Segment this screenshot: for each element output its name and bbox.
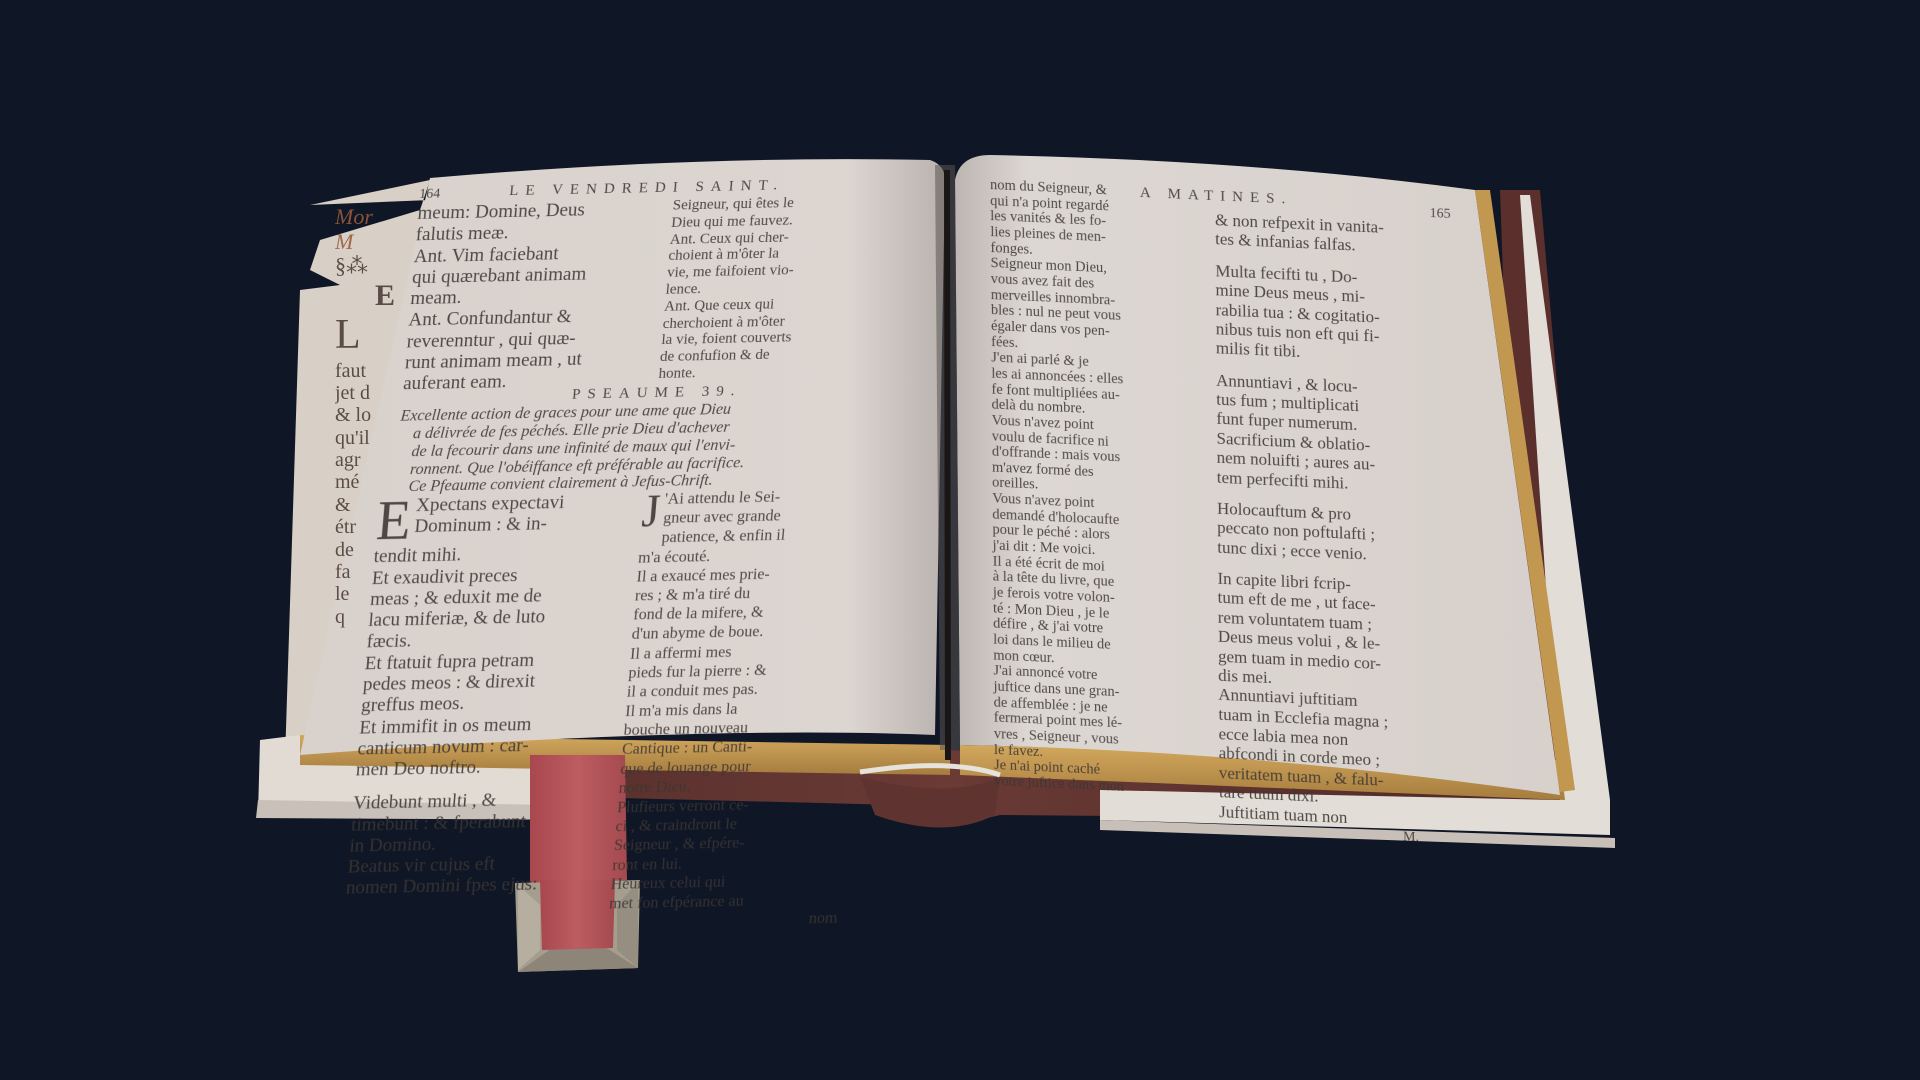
dropcap-e: E bbox=[375, 495, 413, 546]
back-page-subtitle: M bbox=[335, 230, 405, 255]
back-page-line: agr bbox=[335, 449, 405, 471]
ribbon-bookmark bbox=[515, 755, 640, 972]
back-page-heading-initial: E bbox=[335, 279, 405, 313]
text-line: Dominum : & in- bbox=[375, 512, 627, 539]
left-french-column-body: J 'Ai attendu le Sei- gneur avec grande … bbox=[607, 485, 894, 932]
back-page-line: jet d bbox=[335, 382, 405, 404]
right-french-column: nom du Seigneur, & qui n'a point regardé… bbox=[990, 178, 1204, 799]
left-latin-column-top: meum: Domine, Deus falutis meæ. Ant. Vim… bbox=[402, 198, 658, 395]
back-page-title: Mor bbox=[335, 205, 405, 230]
back-page-line: & lo bbox=[335, 404, 405, 426]
right-latin-column: & non refpexit in vanita- tes & infanias… bbox=[1215, 210, 1479, 848]
back-page-line: faut bbox=[335, 360, 405, 382]
back-page-dropcap: L bbox=[335, 312, 405, 359]
book-illustration bbox=[0, 0, 1920, 1080]
back-page-line: qu'il bbox=[335, 427, 405, 449]
left-french-column-top: Seigneur, qui êtes le Dieu qui me fauvez… bbox=[658, 193, 913, 383]
scene: Mor M §⁂ E L faut jet d & lo qu'il agr m… bbox=[0, 0, 1920, 1080]
dropcap-j: J bbox=[640, 490, 661, 532]
left-page-number: 164 bbox=[419, 187, 441, 203]
psalm-heading: PSEAUME 39. Excellente action de graces … bbox=[394, 380, 903, 497]
headpiece-ornament-icon: §⁂ bbox=[335, 254, 405, 279]
